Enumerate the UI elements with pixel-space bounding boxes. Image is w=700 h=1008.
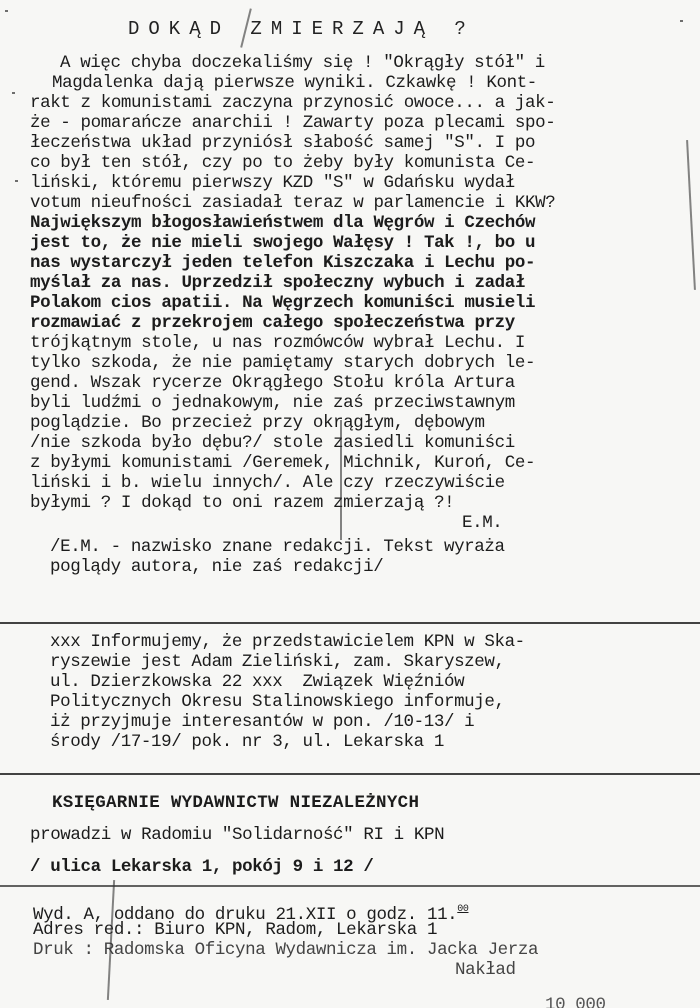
article-line: gend. Wszak rycerze Okrągłego Stołu król… (30, 373, 515, 393)
scan-mark (686, 140, 695, 290)
article-line: nas wystarczył jeden telefon Kiszczaka i… (30, 253, 535, 273)
note-line: /E.M. - nazwisko znane redakcji. Tekst w… (50, 537, 505, 557)
article-line: poglądzie. Bo przecież przy okrągłym, dę… (30, 413, 485, 433)
speck (680, 20, 683, 22)
announcement-line: iż przyjmuje interesantów w pon. /10-13/… (50, 712, 474, 732)
article-line: tylko szkoda, że nie pamiętamy starych d… (30, 353, 535, 373)
note-line: poglądy autora, nie zaś redakcji/ (50, 557, 383, 577)
bookstores-line: prowadzi w Radomiu "Solidarność" RI i KP… (30, 825, 444, 845)
scan-mark (340, 420, 342, 540)
article-line: myślał za nas. Uprzedził społeczny wybuc… (30, 273, 525, 293)
bookstores-heading: KSIĘGARNIE WYDAWNICTW NIEZALEŻNYCH (52, 793, 419, 813)
announcement-line: xxx Informujemy, że przedstawicielem KPN… (50, 632, 525, 652)
article-line: Największym błogosławieństwem dla Węgrów… (30, 213, 535, 233)
bookstores-address: / ulica Lekarska 1, pokój 9 i 12 / (30, 857, 373, 877)
announcement-line: środy /17-19/ pok. nr 3, ul. Lekarska 1 (50, 732, 444, 752)
colophon-time-minutes: 00 (457, 904, 468, 915)
speck (12, 92, 15, 94)
announcement-line: Politycznych Okresu Stalinowskiego infor… (50, 692, 505, 712)
article-line: rakt z komunistami zaczyna przynosić owo… (30, 93, 555, 113)
separator-rule (0, 622, 700, 624)
announcement-line: ul. Dzierzkowska 22 xxx Związek Więźniów (50, 672, 464, 692)
article-line: liński, któremu pierwszy KZD "S" w Gdańs… (30, 173, 515, 193)
colophon-line: Adres red.: Biuro KPN, Radom, Lekarska 1 (33, 920, 437, 940)
colophon-line: Nakład (455, 960, 516, 980)
separator-rule (0, 885, 700, 887)
author-signature: E.M. (462, 513, 502, 533)
article-line: votum nieufności zasiadał teraz w parlam… (30, 193, 555, 213)
colophon-line: 10 000 (545, 995, 606, 1008)
article-line: łeczeństwa układ przyniósł słabość samej… (30, 133, 535, 153)
article-line: trójkątnym stole, u nas rozmówców wybrał… (30, 333, 525, 353)
article-line: Magdalenka dają pierwsze wyniki. Czkawkę… (52, 73, 537, 93)
article-line: Polakom cios apatii. Na Węgrzech komuniś… (30, 293, 535, 313)
article-line: byłymi ? I dokąd to oni razem zmierzają … (30, 493, 454, 513)
article-line: /nie szkoda było dębu?/ stole zasiedli k… (30, 433, 515, 453)
speck (15, 180, 18, 182)
article-line: A więc chyba doczekaliśmy się ! "Okrągły… (60, 53, 545, 73)
article-line: że - pomarańcze anarchii ! Zawarty poza … (30, 113, 555, 133)
article-line: z byłymi komunistami /Geremek, Michnik, … (30, 453, 535, 473)
article-line: rozmawiać z przekrojem całego społeczeńs… (30, 313, 515, 333)
article-line: byli ludźmi o jednakowym, nie zaś przeci… (30, 393, 515, 413)
announcement-line: ryszewie jest Adam Zieliński, zam. Skary… (50, 652, 505, 672)
typewritten-page: DOKĄD ZMIERZAJĄ ? A więc chyba doczekali… (0, 0, 700, 1008)
speck (5, 10, 8, 12)
article-line: jest to, że nie mieli swojego Wałęsy ! T… (30, 233, 535, 253)
article-line: liński i b. wielu innych/. Ale czy rzecz… (30, 473, 505, 493)
article-title: DOKĄD ZMIERZAJĄ ? (128, 18, 475, 40)
article-line: co był ten stół, czy po to żeby były kom… (30, 153, 535, 173)
separator-rule (0, 773, 700, 775)
